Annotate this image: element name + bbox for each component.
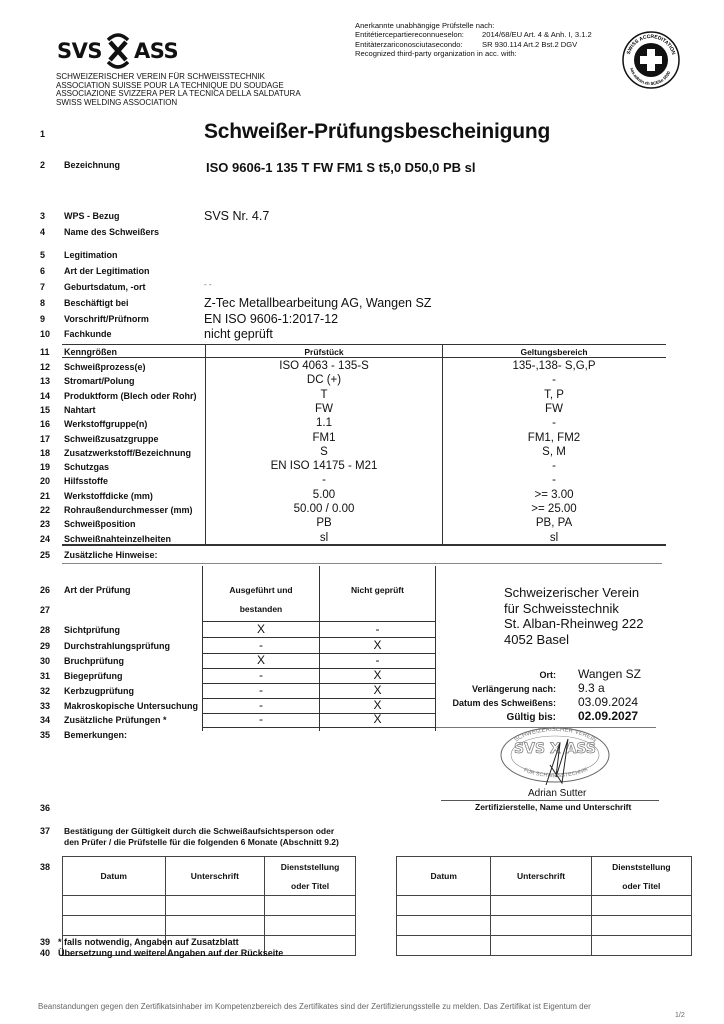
test-piece-value: 50.00 / 0.00	[206, 503, 442, 515]
line-number: 15	[40, 405, 60, 415]
column-header-parameter: Kenngrößen	[64, 347, 117, 357]
passed-mark: -	[203, 712, 319, 726]
certifier-address: Schweizerischer Verein für Schweisstechn…	[504, 585, 643, 647]
designation-label: Bezeichnung	[64, 160, 120, 170]
line-number: 23	[40, 519, 60, 529]
parameter-label: Hilfsstoffe	[64, 476, 108, 486]
range-value: PB, PA	[443, 517, 665, 529]
line-number: 24	[40, 534, 60, 544]
range-value: 135-,138- S,G,P	[443, 360, 665, 372]
parameter-label: Werkstoffgruppe(n)	[64, 419, 147, 429]
line-number: 22	[40, 505, 60, 515]
test-piece-value: 1.1	[206, 417, 442, 429]
line-number: 28	[40, 625, 60, 635]
test-piece-value: 5.00	[206, 489, 442, 501]
swiss-accreditation-seal: SWISS ACCREDITATION sas.admin.ch SCESe 0…	[621, 30, 681, 95]
footer-disclaimer: Beanstandungen gegen den Zertifikatsinha…	[38, 1002, 591, 1011]
range-value: >= 25.00	[443, 503, 665, 515]
logo-text-left: SVS	[57, 39, 102, 63]
recognition-value: 2014/68/EU Art. 4 & Anh. I, 3.1.2	[482, 30, 592, 39]
column-header-date: Datum	[397, 857, 491, 896]
line-number: 40	[40, 948, 60, 958]
parameter-label: Schweißzusatzgruppe	[64, 434, 159, 444]
designation-value: ISO 9606-1 135 T FW FM1 S t5,0 D50,0 PB …	[206, 160, 476, 175]
position-cell[interactable]	[591, 936, 691, 956]
range-value: S, M	[443, 446, 665, 458]
passed-mark: X	[203, 622, 319, 636]
line-number: 16	[40, 419, 60, 429]
extension-label: Verlängerung nach:	[472, 684, 556, 694]
position-cell[interactable]	[591, 896, 691, 916]
field-label: Art der Legitimation	[64, 266, 150, 276]
line-number: 27	[40, 605, 60, 615]
line-number: 25	[40, 550, 60, 560]
field-value: nicht geprüft	[204, 327, 273, 341]
field-value: Z-Tec Metallbearbeitung AG, Wangen SZ	[204, 296, 431, 310]
signature-cell[interactable]	[165, 916, 265, 936]
parameter-label: Nahtart	[64, 405, 96, 415]
passed-mark: -	[203, 668, 319, 682]
not-tested-mark: X	[320, 638, 435, 652]
line-number: 9	[40, 314, 60, 324]
weld-date-label: Datum des Schweißens:	[452, 698, 556, 708]
parameter-label: Stromart/Polung	[64, 376, 135, 386]
line-number: 11	[40, 347, 60, 357]
not-tested-mark: -	[320, 653, 435, 667]
logo-text-right: ASS	[134, 39, 178, 63]
test-label: Biegeprüfung	[64, 671, 123, 681]
column-header-not-tested: Nicht geprüft	[320, 585, 435, 595]
line-number: 37	[40, 826, 60, 836]
date-cell[interactable]	[397, 916, 491, 936]
test-label: Durchstrahlungsprüfung	[64, 641, 170, 651]
line-number: 5	[40, 250, 60, 260]
place-value: Wangen SZ	[578, 667, 641, 681]
not-tested-mark: X	[320, 683, 435, 697]
range-value: -	[443, 460, 665, 472]
table-row	[397, 896, 692, 916]
line-number: 19	[40, 462, 60, 472]
field-label: Legitimation	[64, 250, 118, 260]
parameter-label: Schutzgas	[64, 462, 109, 472]
parameter-label: Schweißprozess(e)	[64, 362, 146, 372]
not-tested-mark: -	[320, 622, 435, 636]
header-line: Dienststellung	[592, 862, 691, 872]
svg-text:FÜR SCHWEISSTECHNIK: FÜR SCHWEISSTECHNIK	[523, 766, 590, 779]
remarks-label: Bemerkungen:	[64, 730, 127, 740]
field-value: - -	[204, 280, 212, 289]
column-header-passed-line2: bestanden	[203, 604, 319, 614]
not-tested-mark: X	[320, 712, 435, 726]
date-cell[interactable]	[63, 896, 166, 916]
column-header-date: Datum	[63, 857, 166, 896]
line-number: 17	[40, 434, 60, 444]
line-number: 32	[40, 686, 60, 696]
range-value: FM1, FM2	[443, 432, 665, 444]
recognition-value: SR 930.114 Art.2 Bst.2 DGV	[482, 40, 577, 49]
range-value: T, P	[443, 389, 665, 401]
line-number: 10	[40, 329, 60, 339]
header-line: oder Titel	[592, 881, 691, 891]
test-label: Bruchprüfung	[64, 656, 124, 666]
swiss-cross-icon: SWISS ACCREDITATION sas.admin.ch SCESe 0…	[621, 30, 681, 90]
field-label: WPS - Bezug	[64, 211, 120, 221]
confirmation-line: Bestätigung der Gültigkeit durch die Sch…	[64, 826, 339, 837]
column-header-signature: Unterschrift	[491, 857, 591, 896]
date-cell[interactable]	[397, 896, 491, 916]
column-header-signature: Unterschrift	[165, 857, 265, 896]
footnote: Übersetzung und weitere Angaben auf der …	[58, 948, 283, 958]
validity-confirmation-text: Bestätigung der Gültigkeit durch die Sch…	[64, 826, 339, 848]
range-value: -	[443, 417, 665, 429]
line-number: 12	[40, 362, 60, 372]
association-names: SCHWEIZERISCHER VEREIN FÜR SCHWEISSTECHN…	[56, 73, 301, 107]
table-row	[63, 896, 356, 916]
signature-caption: Zertifizierstelle, Name und Unterschrift	[475, 802, 631, 812]
date-cell[interactable]	[63, 916, 166, 936]
parameter-label: Produktform (Blech oder Rohr)	[64, 391, 197, 401]
line-number: 30	[40, 656, 60, 666]
passed-mark: -	[203, 638, 319, 652]
parameter-label: Rohraußendurchmesser (mm)	[64, 505, 193, 515]
not-tested-mark: X	[320, 698, 435, 712]
test-label: Zusätzliche Prüfungen *	[64, 715, 167, 725]
test-piece-value: -	[206, 474, 442, 486]
column-header-test-type: Art der Prüfung	[64, 585, 131, 595]
field-label: Fachkunde	[64, 329, 112, 339]
line-number: 34	[40, 715, 60, 725]
signature-cell[interactable]	[491, 936, 591, 956]
line-number: 33	[40, 701, 60, 711]
field-value: SVS Nr. 4.7	[204, 209, 269, 223]
line-number: 29	[40, 641, 60, 651]
line-number: 20	[40, 476, 60, 486]
test-label: Kerbzugprüfung	[64, 686, 134, 696]
confirmation-line: den Prüfer / die Prüfstelle für die folg…	[64, 837, 339, 848]
page-number: 1/2	[675, 1012, 685, 1019]
place-label: Ort:	[540, 670, 557, 680]
line-number: 26	[40, 585, 60, 595]
line-number: 6	[40, 266, 60, 276]
svs-welding-x-icon	[105, 32, 131, 70]
address-line: 4052 Basel	[504, 632, 643, 648]
signature-cell[interactable]	[491, 896, 591, 916]
passed-mark: X	[203, 653, 319, 667]
valid-until-value: 02.09.2027	[578, 709, 638, 723]
address-line: für Schweisstechnik	[504, 601, 643, 617]
additional-notes-label: Zusätzliche Hinweise:	[64, 550, 158, 560]
parameter-label: Schweißposition	[64, 519, 136, 529]
test-piece-value: PB	[206, 517, 442, 529]
signer-name: Adrian Sutter	[528, 788, 586, 799]
test-piece-value: DC (+)	[206, 374, 442, 386]
line-number: 7	[40, 282, 60, 292]
extension-value: 9.3 a	[578, 681, 605, 695]
range-value: sl	[443, 532, 665, 544]
range-value: -	[443, 374, 665, 386]
column-header-position: Dienststellungoder Titel	[265, 857, 356, 896]
not-tested-mark: X	[320, 668, 435, 682]
recognition-block: Anerkannte unabhängige Prüfstelle nach: …	[355, 21, 615, 58]
field-label: Geburtsdatum, -ort	[64, 282, 146, 292]
test-piece-value: FW	[206, 403, 442, 415]
page-title: Schweißer-Prüfungsbescheinigung	[204, 120, 550, 144]
line-number: 3	[40, 211, 60, 221]
field-label: Beschäftigt bei	[64, 298, 129, 308]
test-piece-value: sl	[206, 532, 442, 544]
line-number: 1	[40, 129, 60, 139]
test-label: Makroskopische Untersuchung	[64, 701, 198, 711]
test-piece-value: FM1	[206, 432, 442, 444]
table-row	[397, 916, 692, 936]
passed-mark: -	[203, 698, 319, 712]
signature-cell[interactable]	[165, 896, 265, 916]
parameter-label: Werkstoffdicke (mm)	[64, 491, 153, 501]
header-line: oder Titel	[265, 881, 355, 891]
test-piece-value: ISO 4063 - 135-S	[206, 360, 442, 372]
table-row	[397, 936, 692, 956]
line-number: 14	[40, 391, 60, 401]
field-label: Name des Schweißers	[64, 227, 159, 237]
test-label: Sichtprüfung	[64, 625, 120, 635]
stamp-icon: SVS X ASS SCHWEIZERISCHER VEREIN FÜR SCH…	[498, 725, 612, 785]
line-number: 38	[40, 862, 60, 872]
position-cell[interactable]	[265, 896, 356, 916]
recognition-label: Anerkannte unabhängige Prüfstelle nach:	[355, 21, 494, 30]
column-header-position: Dienststellungoder Titel	[591, 857, 691, 896]
recognition-label: Recognized third-party organization in a…	[355, 49, 517, 58]
address-line: Schweizerischer Verein	[504, 585, 643, 601]
svs-stamp: SVS X ASS SCHWEIZERISCHER VEREIN FÜR SCH…	[498, 725, 612, 790]
test-piece-value: T	[206, 389, 442, 401]
association-name-en: SWISS WELDING ASSOCIATION	[56, 99, 301, 108]
range-value: >= 3.00	[443, 489, 665, 501]
address-line: St. Alban-Rheinweg 222	[504, 616, 643, 632]
line-number: 2	[40, 160, 60, 170]
line-number: 35	[40, 730, 60, 740]
signature-cell[interactable]	[491, 916, 591, 936]
field-value: EN ISO 9606-1:2017-12	[204, 312, 338, 326]
confirmation-table-right: Datum Unterschrift Dienststellungoder Ti…	[396, 856, 692, 956]
test-piece-value: S	[206, 446, 442, 458]
line-number: 39	[40, 937, 60, 947]
line-number: 13	[40, 376, 60, 386]
svs-ass-logo: SVS ASS	[57, 32, 178, 70]
table-row	[63, 916, 356, 936]
line-number: 8	[40, 298, 60, 308]
range-value: FW	[443, 403, 665, 415]
line-number: 36	[40, 803, 60, 813]
column-header-range: Geltungsbereich	[443, 347, 665, 357]
footnote: * falls notwendig, Angaben auf Zusatzbla…	[58, 937, 239, 947]
parameter-label: Zusatzwerkstoff/Bezeichnung	[64, 448, 191, 458]
column-header-passed: Ausgeführt und	[203, 585, 319, 595]
header-line: Dienststellung	[265, 862, 355, 872]
svg-text:SVS X ASS: SVS X ASS	[514, 741, 596, 757]
test-piece-value: EN ISO 14175 - M21	[206, 460, 442, 472]
field-label: Vorschrift/Prüfnorm	[64, 314, 149, 324]
passed-mark: -	[203, 683, 319, 697]
range-value: -	[443, 474, 665, 486]
line-number: 18	[40, 448, 60, 458]
recognition-label: Entitàterzariconosciutasecondo:	[355, 40, 463, 49]
recognition-label: Entitétiercepartiereconnueselon:	[355, 30, 464, 39]
position-cell[interactable]	[591, 916, 691, 936]
date-cell[interactable]	[397, 936, 491, 956]
column-header-test-piece: Prüfstück	[206, 347, 442, 357]
valid-until-label: Gültig bis:	[507, 712, 556, 723]
parameter-label: Schweißnahteinzelheiten	[64, 534, 171, 544]
position-cell[interactable]	[265, 916, 356, 936]
line-number: 31	[40, 671, 60, 681]
weld-date-value: 03.09.2024	[578, 695, 638, 709]
line-number: 21	[40, 491, 60, 501]
line-number: 4	[40, 227, 60, 237]
